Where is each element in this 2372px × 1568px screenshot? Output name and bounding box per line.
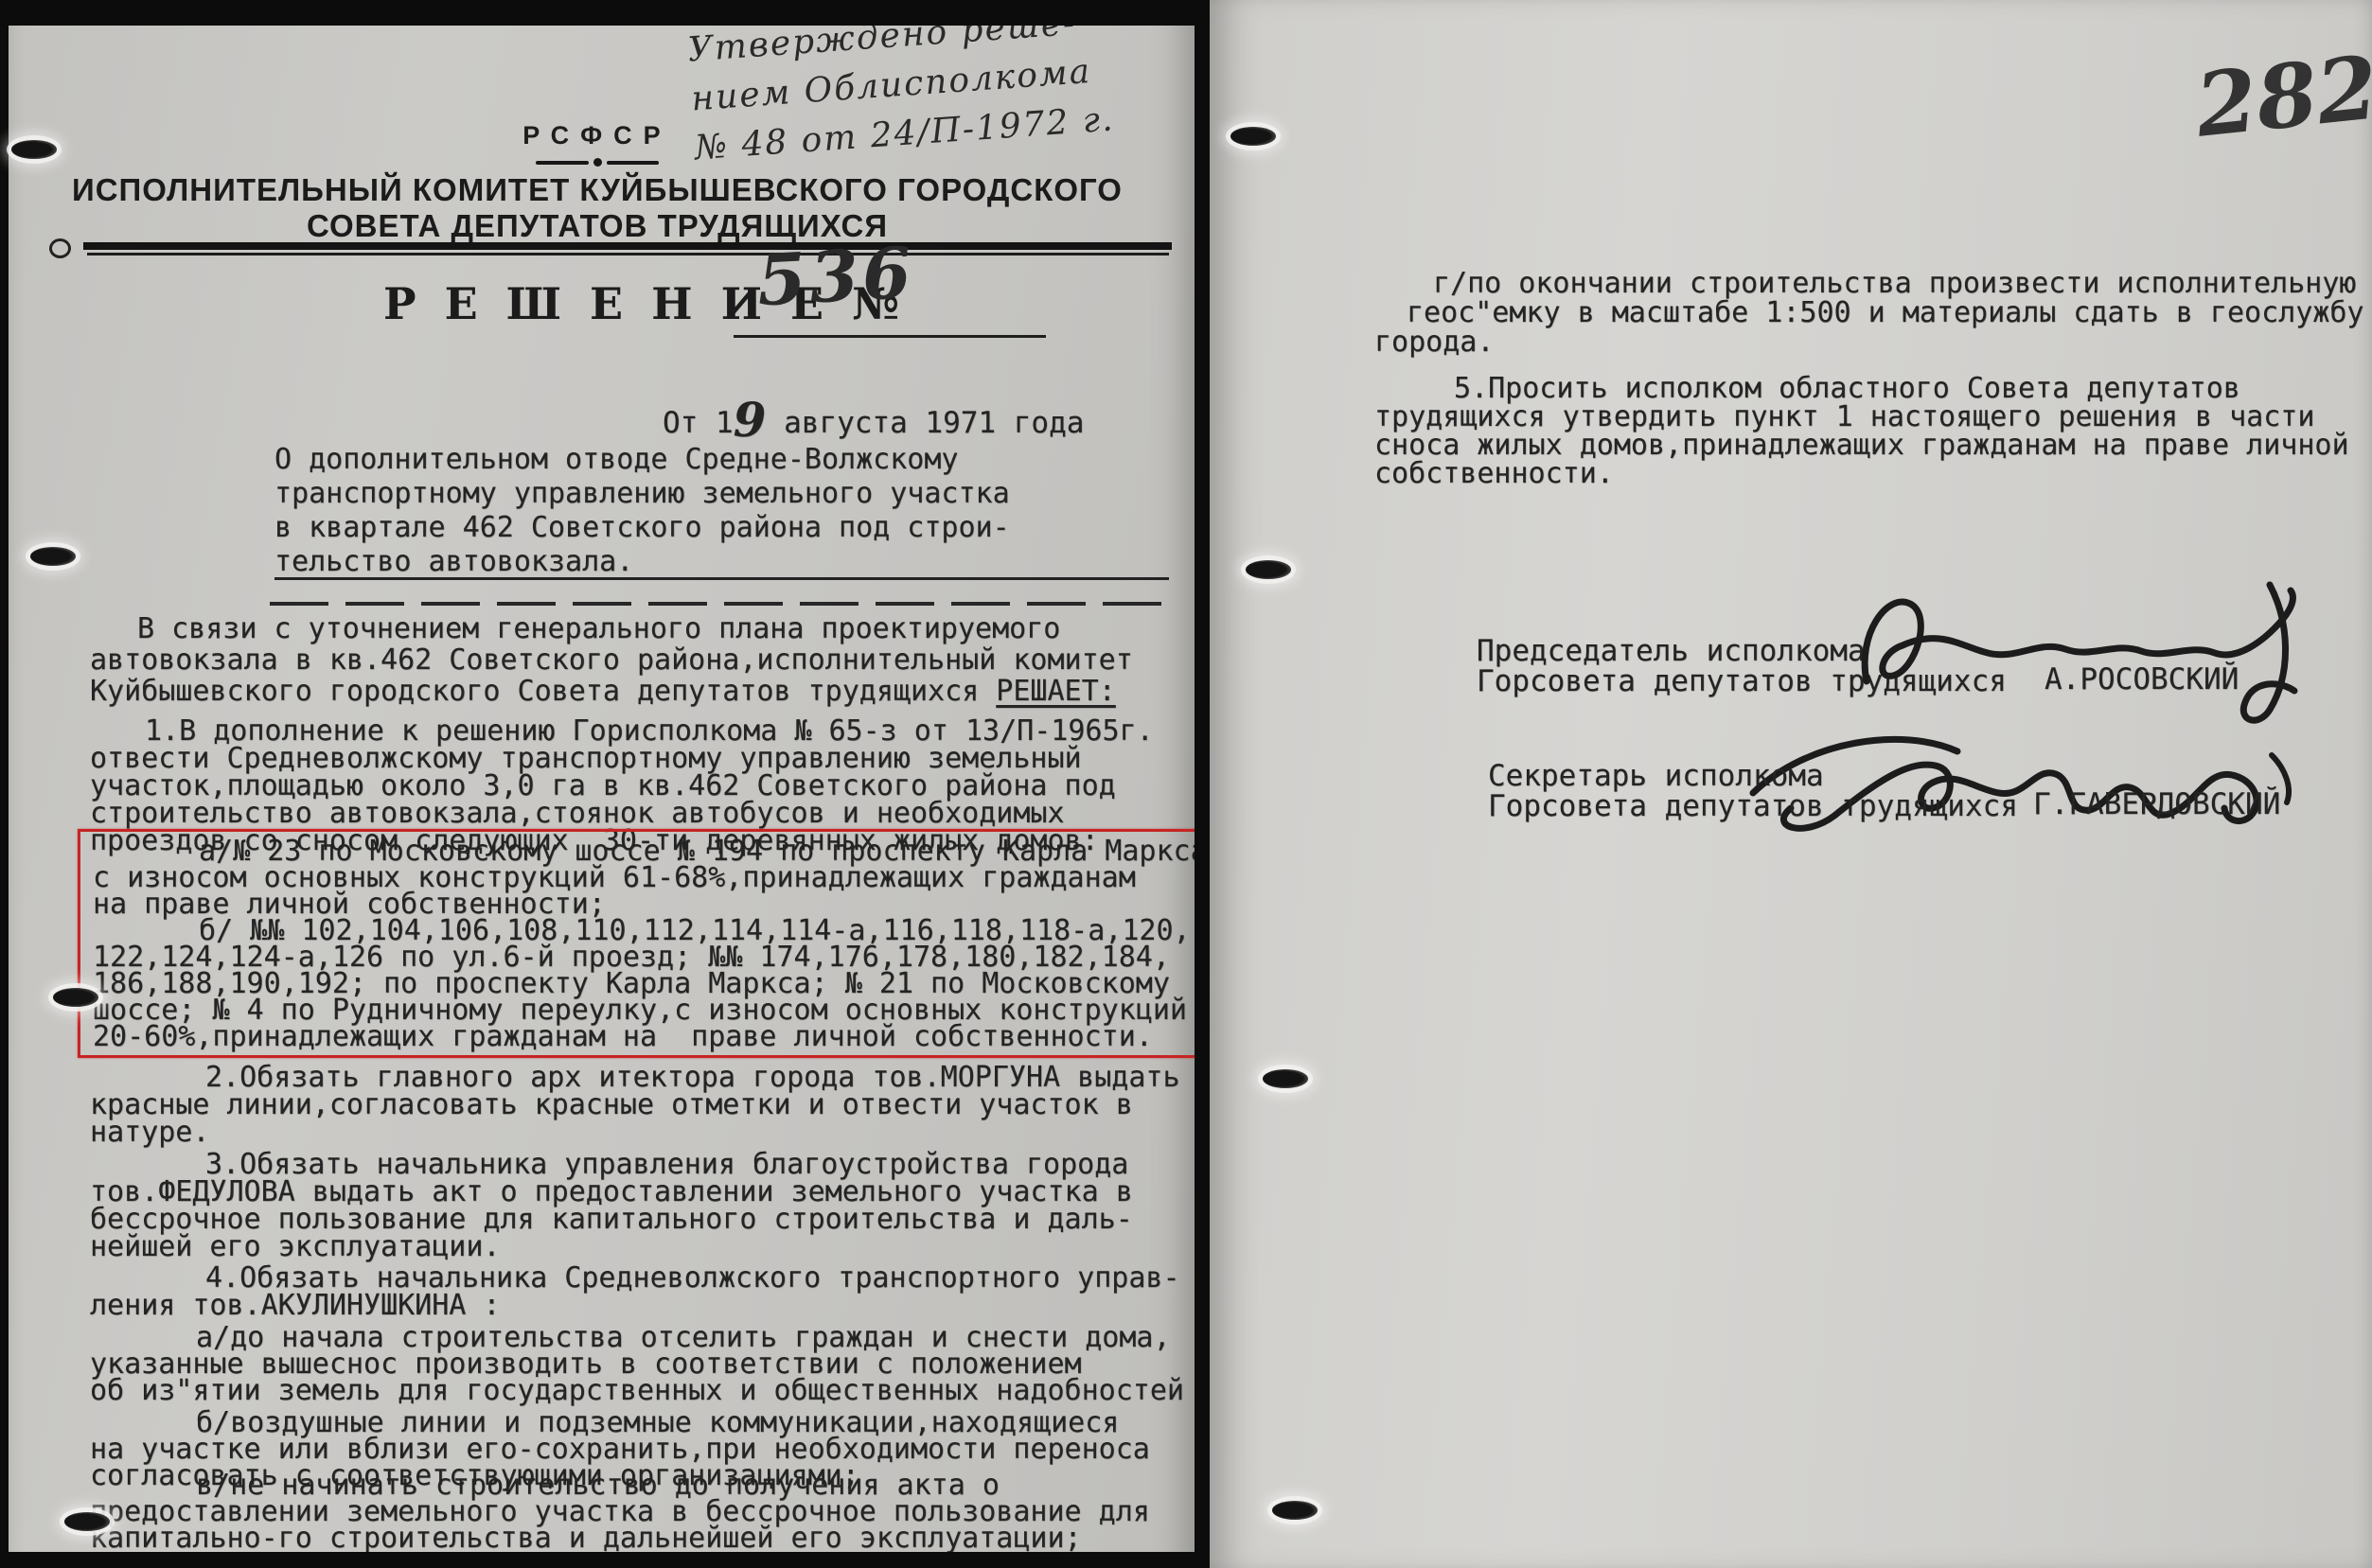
letterhead-rule — [83, 242, 1172, 250]
item3-line: тов.ФЕДУЛОВА выдать акт о предоставлении… — [90, 1178, 1133, 1206]
subject-paragraph: О дополнительном отводе Средне-Волжскому… — [274, 443, 1010, 579]
intro-line3-text: Куйбышевского городского Совета депутато… — [90, 675, 996, 708]
intro-paragraph: В связи с уточнением генерального плана … — [90, 613, 1133, 707]
document-scan: { "document": { "left": { "stamp": { "li… — [0, 0, 2372, 1568]
item5-line: 5.Просить исполком областного Совета деп… — [1374, 375, 2349, 403]
item4v-line: капитально-го строительства и дальнейшей… — [90, 1525, 1150, 1552]
republic-name: РСФСР — [0, 121, 1195, 150]
subject-line: в квартале 462 Советского района под стр… — [274, 511, 1010, 545]
item4g-line: геос"емку в масштабе 1:500 и материалы с… — [1374, 298, 2363, 327]
secretary-title-line: Горсовета депутатов трудящихся — [1488, 791, 2018, 821]
divider-bar — [536, 161, 589, 165]
item4-paragraph: 4.Обязать начальника Средневолжского тра… — [90, 1264, 1180, 1319]
rule-end-ring — [49, 238, 71, 258]
subject-underline-solid — [274, 577, 1169, 580]
item5-line: трудящихся утвердить пункт 1 настоящего … — [1374, 403, 2349, 432]
archive-page-number: 282 — [2191, 36, 2372, 156]
divider-bar — [607, 161, 660, 165]
item4g-line: города. — [1374, 327, 2363, 357]
letterhead-divider-icon — [536, 158, 659, 167]
item1-line: отвести Средневолжскому транспортному уп… — [90, 745, 1154, 772]
resolves-word: РЕШАЕТ: — [996, 675, 1115, 708]
item4a-paragraph: а/до начала строительства отселить гражд… — [90, 1325, 1184, 1404]
item4a-line: об из"ятии земель для государственных и … — [90, 1378, 1184, 1404]
scan-black-band-top — [0, 0, 1210, 26]
item3-line: 3.Обязать начальника управления благоуст… — [90, 1151, 1133, 1178]
item5-line: собственности. — [1374, 460, 2349, 488]
item4g-line: г/по окончании строительства произвести … — [1374, 269, 2363, 298]
item1-line: строительство автовокзала,стоянок автобу… — [90, 800, 1154, 827]
divider-dot — [593, 158, 602, 167]
demolition-list: а/№ 23 по Московскому шоссе № 194 по про… — [93, 838, 1208, 1050]
item3-paragraph: 3.Обязать начальника управления благоуст… — [90, 1151, 1133, 1260]
item4-line: 4.Обязать начальника Средневолжского тра… — [90, 1264, 1180, 1292]
punch-hole — [1230, 127, 1276, 146]
organization-name-line2: СОВЕТА ДЕПУТАТОВ ТРУДЯЩИХСЯ — [0, 208, 1195, 244]
intro-line: автовокзала в кв.462 Советского района,и… — [90, 644, 1133, 676]
item2-line: красные линии,согласовать красные отметк… — [90, 1091, 1180, 1119]
punch-hole — [30, 547, 76, 566]
subject-line: О дополнительном отводе Средне-Волжскому — [274, 443, 1010, 477]
chairman-name: А.РОСОВСКИЙ — [2045, 662, 2239, 696]
item4g-paragraph: г/по окончании строительства произвести … — [1374, 269, 2363, 357]
date-text-suffix: августа 1971 года — [766, 406, 1084, 440]
item2-paragraph: 2.Обязать главного арх итектора города т… — [90, 1064, 1180, 1146]
date-handwritten-digit: 9 — [734, 392, 767, 448]
item2-line: натуре. — [90, 1119, 1180, 1146]
punch-hole — [1272, 1501, 1318, 1520]
decision-number-underline — [734, 335, 1046, 338]
scan-black-band-bottom — [0, 1552, 1210, 1568]
date-text-prefix: От 1 — [663, 406, 734, 440]
scan-black-band-middle — [1195, 0, 1210, 1568]
secretary-name: Г.ГАВЕРДОВСКИЙ — [2033, 787, 2280, 821]
item3-line: бессрочное пользование для капитального … — [90, 1206, 1133, 1233]
item5-paragraph: 5.Просить исполком областного Совета деп… — [1374, 375, 2349, 488]
item5-line: сноса жилых домов,принадлежащих граждана… — [1374, 432, 2349, 460]
subject-underline-dashed — [270, 602, 1174, 606]
punch-hole — [1263, 1069, 1308, 1088]
secretary-title: Секретарь исполкома Горсовета депутатов … — [1488, 761, 2018, 821]
intro-line: Куйбышевского городского Совета депутато… — [90, 676, 1133, 707]
scan-black-band-left — [0, 0, 9, 1568]
item4v-paragraph: в/не начинать строительство до получения… — [90, 1472, 1150, 1552]
item3-line: нейшей его эксплуатации. — [90, 1233, 1133, 1260]
subject-line: транспортному управлению земельного учас… — [274, 477, 1010, 511]
item1-line: участок,площадью около 3,0 га в кв.462 С… — [90, 772, 1154, 800]
demolition-line: 20-60%,принадлежащих гражданам на праве … — [93, 1024, 1208, 1050]
punch-hole — [1246, 560, 1291, 579]
item4-line: ления тов.АКУЛИНУШКИНА : — [90, 1292, 1180, 1319]
subject-line: тельство автовокзала. — [274, 545, 1010, 579]
intro-line: В связи с уточнением генерального плана … — [90, 613, 1133, 644]
red-highlight-box: а/№ 23 по Московскому шоссе № 194 по про… — [78, 829, 1202, 1058]
organization-name-line1: ИСПОЛНИТЕЛЬНЫЙ КОМИТЕТ КУЙБЫШЕВСКОГО ГОР… — [0, 172, 1195, 208]
decision-number-handwritten: 536 — [755, 233, 917, 323]
item2-line: 2.Обязать главного арх итектора города т… — [90, 1064, 1180, 1091]
punch-hole — [11, 140, 57, 159]
left-page: Утверждено реше- нием Облисполкома № 48 … — [0, 0, 1195, 1568]
punch-hole — [64, 1512, 110, 1531]
item1-line: 1.В дополнение к решению Горисполкома № … — [90, 717, 1154, 745]
secretary-title-line: Секретарь исполкома — [1488, 761, 2018, 791]
punch-hole — [53, 988, 98, 1007]
decision-date: От 19 августа 1971 года — [663, 388, 1084, 444]
